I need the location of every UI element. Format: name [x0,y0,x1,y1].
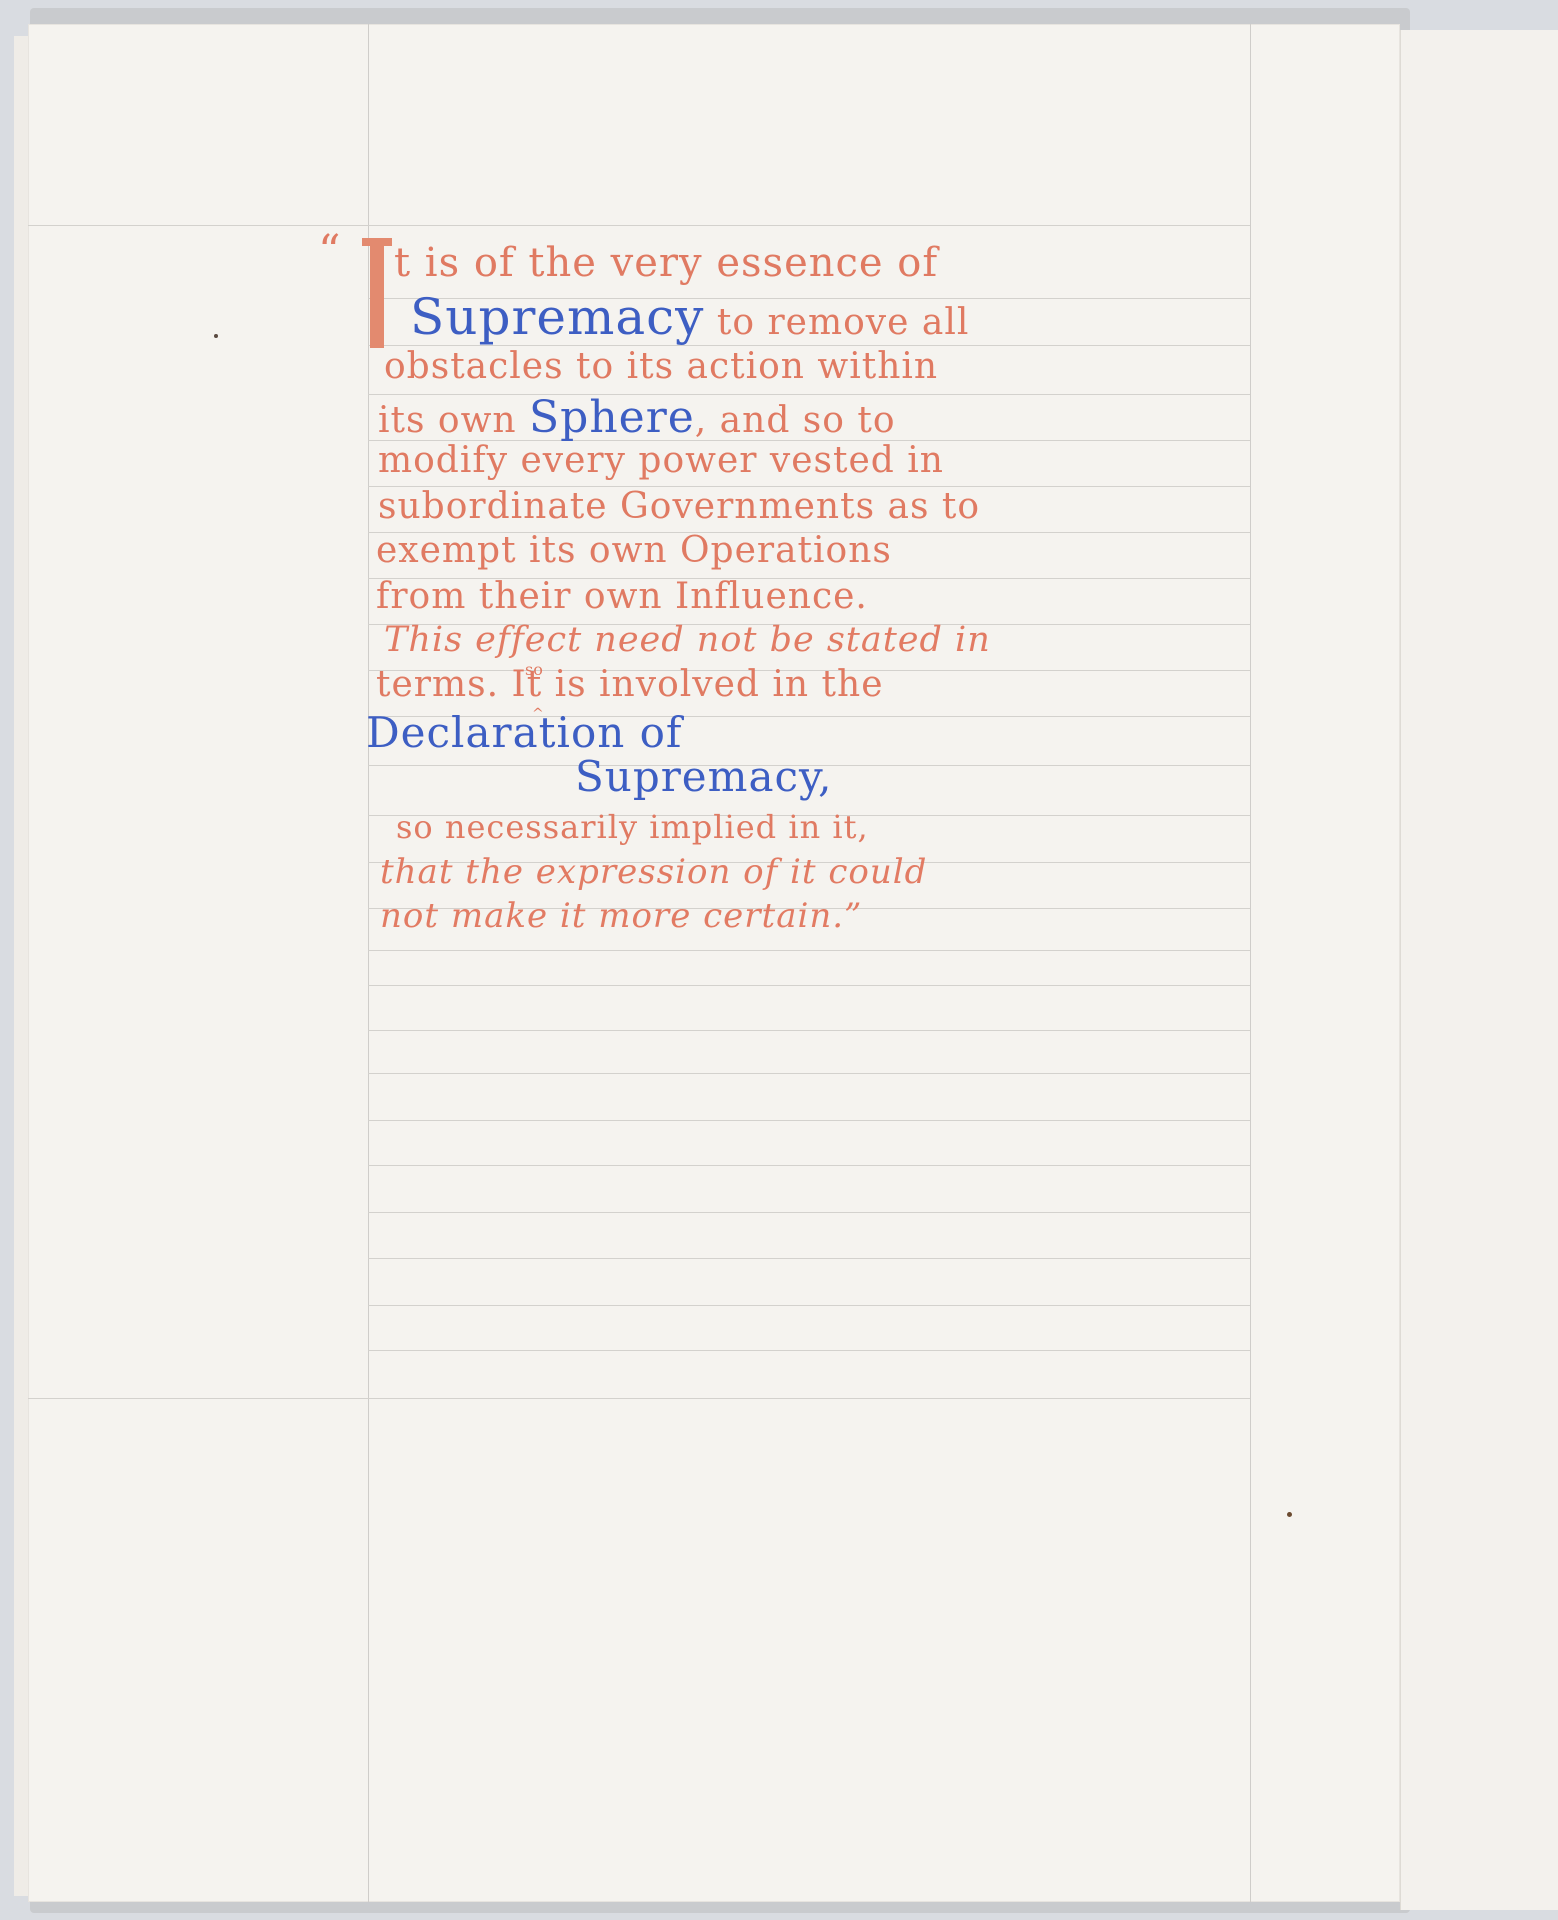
writing-rule [368,1350,1250,1351]
text-line-4: its own Sphere, and so to [378,392,896,443]
line-text: This effect need not be stated in [384,620,991,660]
writing-rule [368,1030,1250,1031]
text-line-1: t is of the very essence of [394,240,938,286]
text-line-9: This effect need not be stated in [384,620,991,660]
writing-rule [368,1073,1250,1074]
line-text: to remove all [704,302,969,343]
right-margin-rule [1250,24,1251,1902]
writing-rule [368,1165,1250,1166]
text-line-7: exempt its own Operations [376,530,892,571]
writing-rule [368,1120,1250,1121]
text-line-13: so necessarily implied in it, [396,808,869,846]
text-line-8: from their own Influence. [376,576,868,617]
line-text: t is of the very essence of [394,240,938,286]
line-text-blue: Supremacy [410,288,704,346]
text-line-3: obstacles to its action within [384,346,938,387]
line-text-blue: Declaration of [366,708,682,757]
line-text: exempt its own Operations [376,530,892,571]
top-margin-rule [28,225,1250,226]
line-text: not make it more certain.” [380,896,862,936]
writing-rule [368,1258,1250,1259]
text-line-6: subordinate Governments as to [378,486,980,527]
line-text: subordinate Governments as to [378,486,980,527]
writing-rule [368,1212,1250,1213]
adjacent-page-edge [1400,30,1558,1910]
line-text-blue: Sphere [529,392,695,443]
bottom-margin-rule [28,1398,1250,1399]
writing-rule [368,1305,1250,1306]
text-line-15: not make it more certain.” [380,896,862,936]
paper-spot [1287,1512,1292,1517]
line-text: that the expression of it could [380,852,927,892]
text-line-11: Declaration of [366,708,682,757]
drop-cap-I [370,238,384,348]
text-line-12: Supremacy, [575,752,833,801]
text-line-2: Supremacy to remove all [410,288,969,346]
line-text: terms. It is involved in the [376,664,884,705]
line-text: its own [378,400,529,441]
left-margin-rule [368,24,369,1902]
writing-rule [368,985,1250,986]
line-text: from their own Influence. [376,576,868,617]
opening-quote: “ [318,226,341,277]
paper-spot [214,334,218,338]
text-line-14: that the expression of it could [380,852,927,892]
line-text: modify every power vested in [378,440,944,481]
line-text: obstacles to its action within [384,346,938,387]
text-line-5: modify every power vested in [378,440,944,481]
text-line-10: terms. It is involved in the [376,664,884,705]
line-text-blue: Supremacy, [575,752,833,801]
inserted-word-so: so [525,660,543,679]
writing-rule [368,950,1250,951]
line-text: so necessarily implied in it, [396,808,869,846]
line-text: , and so to [695,400,896,441]
